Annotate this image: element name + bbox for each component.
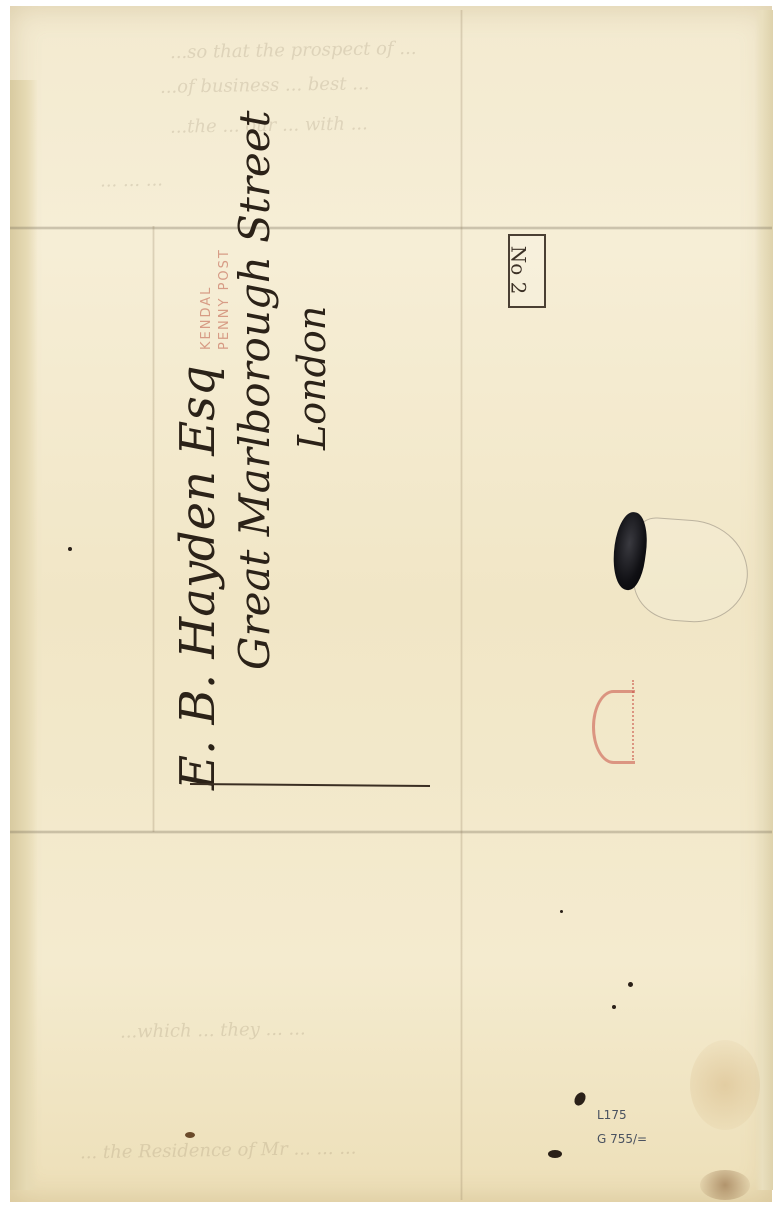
postmark-town: KENDAL <box>198 248 216 350</box>
fold-line-bottom <box>10 830 772 834</box>
boxed-number-stamp: No 2 <box>508 234 546 308</box>
red-postmark-dots <box>612 680 634 760</box>
water-stain <box>700 1170 750 1200</box>
fold-line-top <box>10 226 772 230</box>
water-stain <box>690 1040 760 1130</box>
ink-blot <box>185 1132 195 1138</box>
ink-blot <box>68 547 72 551</box>
ink-blot <box>560 910 563 913</box>
address-city: London <box>290 306 334 450</box>
paper-right-edge <box>755 10 773 1190</box>
addressee-name: E. B. Hayden Esq <box>170 365 226 790</box>
fold-line-center <box>460 10 463 1200</box>
paper-left-edge <box>10 80 38 1190</box>
fold-line-left <box>152 226 155 832</box>
bleed-through-text: ...of business ... best ... <box>160 73 370 98</box>
address-street: Great Marlborough Street <box>230 111 279 671</box>
stamp-number: No 2 <box>506 246 530 295</box>
ink-blot <box>548 1150 562 1158</box>
archival-ref-2: G 755/= <box>597 1132 647 1146</box>
kendal-postmark: KENDAL PENNY POST <box>198 248 234 350</box>
archival-ref-1: L175 <box>597 1108 627 1122</box>
bleed-through-text: ...which ... they ... ... <box>120 1018 306 1042</box>
ink-blot <box>612 1005 616 1009</box>
bleed-through-text: ... ... ... <box>100 169 163 191</box>
ink-blot <box>628 982 633 987</box>
bleed-through-text: ...so that the prospect of ... <box>170 38 417 63</box>
